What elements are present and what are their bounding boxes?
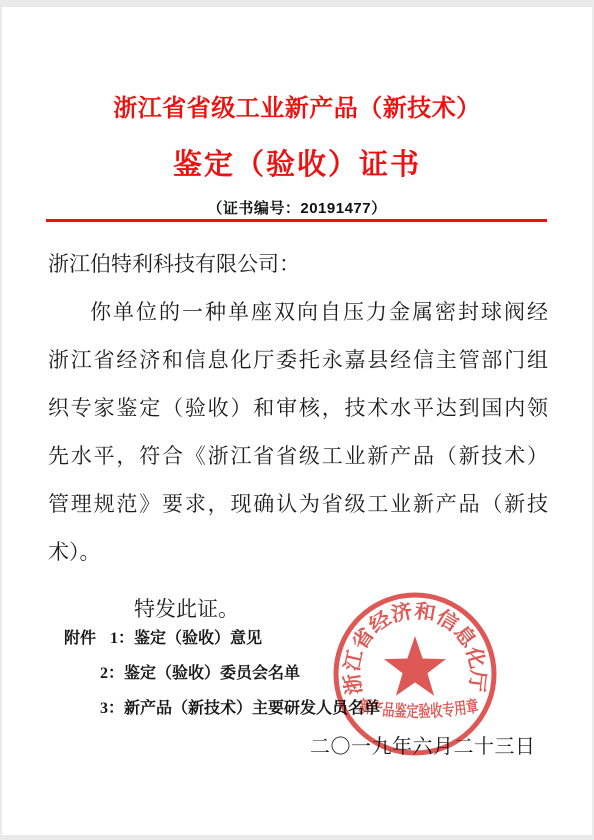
body-line: 管理规范》要求，现确认为省级工业新产品（新技 [48, 480, 548, 528]
attachment-text: 1：鉴定（验收）意见 [110, 630, 262, 647]
certificate-body: 浙江伯特利科技有限公司： 你单位的一种单座双向自压力金属密封球阀经 浙江省经济和… [48, 240, 548, 576]
certificate-number: （证书编号：20191477） [0, 197, 594, 218]
svg-text:新产品鉴定验收专用章: 新产品鉴定验收专用章 [357, 695, 480, 721]
certificate-title: 浙江省省级工业新产品（新技术） [0, 88, 594, 123]
attachments-label: 附件 [64, 630, 96, 647]
red-divider-line [46, 219, 547, 222]
certificate-subtitle: 鉴定（验收）证书 [0, 142, 594, 183]
body-line: 浙江省经济和信息化厅委托永嘉县经信主管部门组 [48, 336, 548, 384]
seal-star-icon [384, 636, 446, 696]
official-seal: 浙江省经济和信息化厅 新产品鉴定验收专用章 [330, 589, 500, 759]
certificate-document: 浙江省省级工业新产品（新技术） 鉴定（验收）证书 （证书编号：20191477）… [0, 0, 594, 840]
body-line: 织专家鉴定（验收）和审核，技术水平达到国内领 [48, 384, 548, 432]
body-line: 先水平，符合《浙江省省级工业新产品（新技术） [48, 432, 548, 480]
body-line: 术）。 [48, 528, 548, 576]
salutation: 浙江伯特利科技有限公司： [48, 240, 548, 288]
closing-line: 特发此证。 [134, 593, 239, 623]
body-line: 你单位的一种单座双向自压力金属密封球阀经 [48, 288, 548, 336]
attachment-text: 2：鉴定（验收）委员会名单 [100, 665, 300, 682]
seal-bottom-text: 新产品鉴定验收专用章 [357, 695, 480, 721]
